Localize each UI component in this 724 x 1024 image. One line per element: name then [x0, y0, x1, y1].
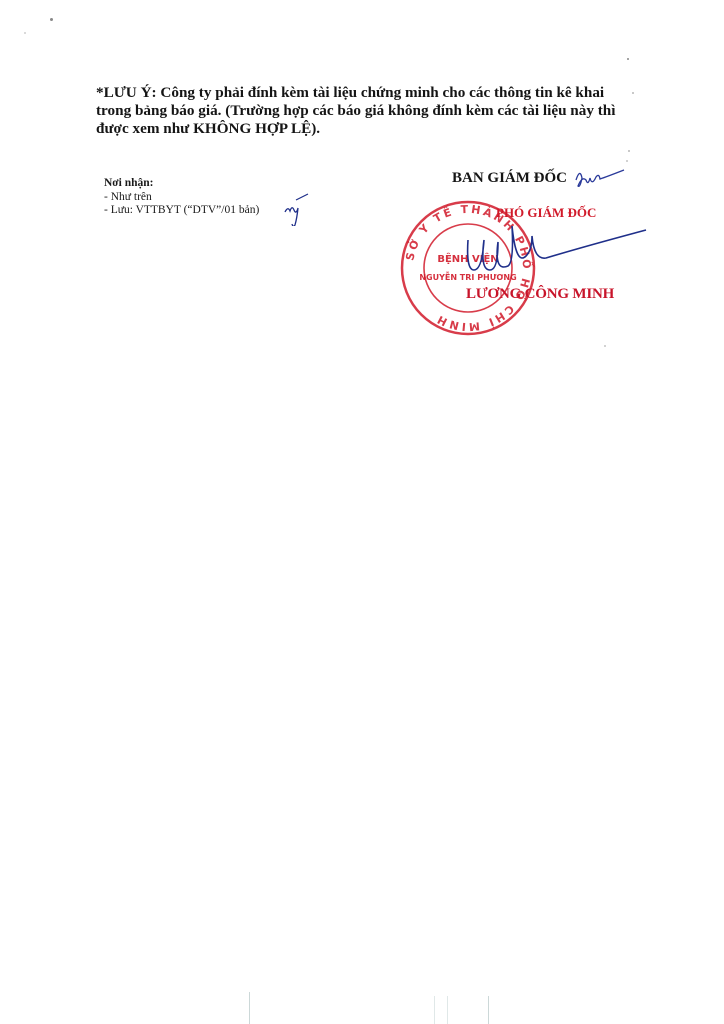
scan-speck — [604, 345, 606, 347]
document-page: *LƯU Ý: Công ty phải đính kèm tài liệu c… — [0, 0, 724, 1024]
scan-edge-line — [249, 992, 250, 1024]
recipients-heading: Nơi nhận: — [104, 177, 259, 191]
note-paragraph: *LƯU Ý: Công ty phải đính kèm tài liệu c… — [96, 84, 656, 138]
recipient-item: - Như trên — [104, 191, 259, 205]
note-line: *LƯU Ý: Công ty phải đính kèm tài liệu c… — [96, 84, 656, 102]
note-line: trong bảng báo giá. (Trường hợp các báo … — [96, 102, 656, 120]
scan-edge-line — [434, 996, 435, 1024]
scan-speck — [626, 160, 628, 162]
scan-speck — [627, 58, 629, 60]
signer-name: LƯƠNG CÔNG MINH — [466, 286, 614, 303]
scan-speck — [50, 18, 53, 21]
board-title: BAN GIÁM ĐỐC — [452, 170, 567, 187]
handwritten-initial-icon — [572, 166, 632, 190]
recipients-block: Nơi nhận: - Như trên - Lưu: VTTBYT (“DTV… — [104, 177, 259, 218]
scan-edge-line — [488, 996, 489, 1024]
note-line: được xem như KHÔNG HỢP LỆ). — [96, 120, 656, 138]
scan-speck — [628, 150, 630, 152]
handwritten-initial-icon — [282, 186, 312, 226]
scan-edge-line — [447, 996, 448, 1024]
recipient-item: - Lưu: VTTBYT (“DTV”/01 bản) — [104, 204, 259, 218]
scan-speck — [24, 32, 26, 34]
scan-speck — [632, 92, 634, 94]
